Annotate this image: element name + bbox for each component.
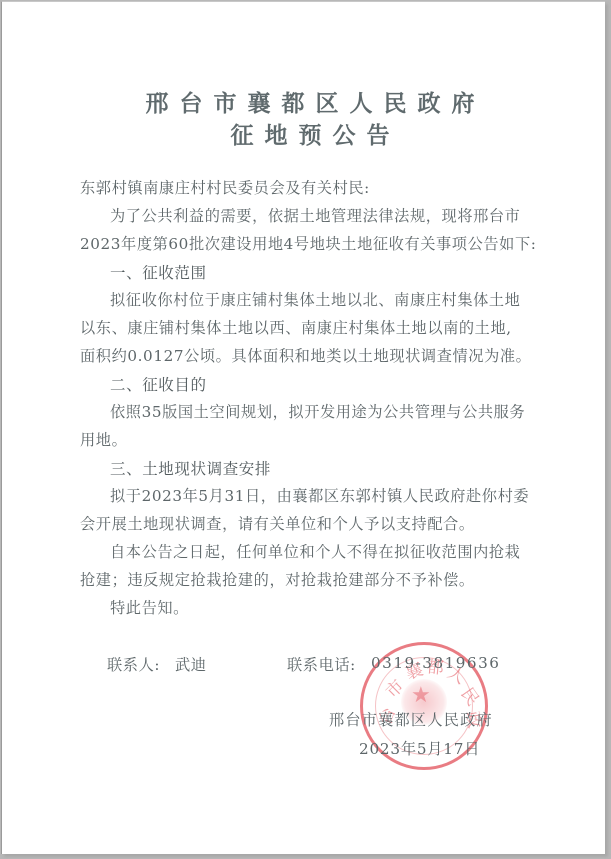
signature-organization: 邢台市襄都区人民政府: [329, 709, 493, 730]
seal-star-icon: ★: [411, 683, 431, 708]
addressee: 东郭村镇南康庄村村民委员会及有关村民:: [80, 177, 370, 198]
document-title: 邢台市襄都区人民政府: [2, 85, 611, 118]
contact-phone: 0319-3819636: [371, 654, 500, 672]
section-survey-line-2: 会开展土地现状调查，请有关单位和个人予以支持配合。: [80, 513, 475, 534]
intro-line-1: 为了公共利益的需要，依据土地管理法律法规，现将邢台市: [110, 205, 520, 226]
section-survey-line-4: 抢建；违反规定抢栽抢建的，对抢栽抢建部分不予补偿。: [80, 569, 475, 590]
contact-phone-label: 联系电话:: [287, 654, 356, 675]
document-subtitle: 征地预公告: [2, 117, 611, 150]
intro-line-2: 2023年度第60批次建设用地4号地块土地征收有关事项公告如下:: [80, 233, 536, 254]
section-purpose-line-1: 依照35版国土空间规划，拟开发用途为公共管理与公共服务: [110, 401, 525, 422]
signature-date: 2023年5月17日: [359, 738, 480, 759]
section-heading-purpose: 二、征收目的: [110, 373, 207, 395]
section-heading-survey: 三、土地现状调查安排: [110, 457, 271, 479]
contact-person: 武迪: [175, 654, 207, 675]
section-survey-line-3: 自本公告之日起，任何单位和个人不得在拟征收范围内抢栽: [110, 541, 520, 562]
closing-text: 特此告知。: [110, 597, 189, 618]
section-survey-line-1: 拟于2023年5月31日，由襄都区东郭村镇人民政府赴你村委: [110, 485, 529, 506]
document-page: 邢台市襄都区人民政府 征地预公告 东郭村镇南康庄村村民委员会及有关村民: 为了公…: [1, 1, 605, 854]
section-scope-line-3: 面积约0.0127公顷。具体面积和地类以土地现状调查情况为准。: [80, 345, 531, 366]
section-scope-line-2: 以东、康庄铺村集体土地以西、南康庄村集体土地以南的土地,: [80, 317, 512, 338]
section-scope-line-1: 拟征收你村位于康庄铺村集体土地以北、南康庄村集体土地: [110, 289, 520, 310]
section-heading-scope: 一、征收范围: [110, 261, 207, 283]
contact-person-label: 联系人:: [107, 654, 160, 675]
section-purpose-line-2: 用地。: [80, 429, 127, 450]
